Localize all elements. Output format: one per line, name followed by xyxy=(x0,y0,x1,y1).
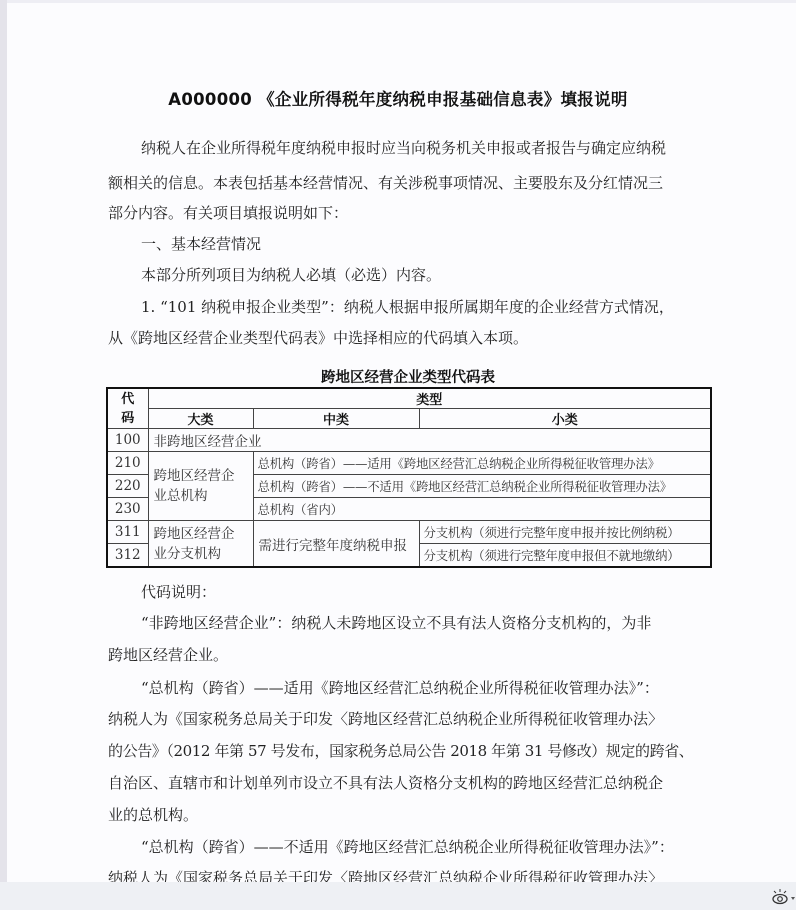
code-cell: 311 xyxy=(107,521,148,544)
explain2-line-2: 纳税人为《国家税务总局关于印发〈跨地区经营汇总纳税企业所得税征收管理办法〉 xyxy=(108,712,708,727)
header-major: 大类 xyxy=(148,409,253,429)
document-title: A000000 《企业所得税年度纳税申报基础信息表》填报说明 xyxy=(0,86,796,110)
table-row: 100 非跨地区经营企业 xyxy=(107,429,711,452)
intro-line-3: 部分内容。有关项目填报说明如下： xyxy=(108,206,708,221)
item1-line-2: 从《跨地区经营企业类型代码表》中选择相应的代码填入本项。 xyxy=(108,331,708,346)
explain2-line-1: “总机构（跨省）——适用《跨地区经营汇总纳税企业所得税征收管理办法》”： xyxy=(141,681,741,696)
viewer-left-margin xyxy=(0,0,7,882)
code-explain-heading: 代码说明： xyxy=(141,585,741,600)
explain2-line-4: 自治区、直辖市和计划单列市设立不具有法人资格分支机构的跨地区经营汇总纳税企 xyxy=(108,776,708,791)
header-code: 代码 xyxy=(107,388,148,429)
table-row: 210 跨地区经营企业总机构 总机构（跨省）——适用《跨地区经营汇总纳税企业所得… xyxy=(107,452,711,475)
code-cell: 230 xyxy=(107,498,148,521)
middle-cell: 需进行完整年度纳税申报 xyxy=(253,521,419,568)
explain1-line-2: 跨地区经营企业。 xyxy=(108,648,708,663)
explain3-line-1: “总机构（跨省）——不适用《跨地区经营汇总纳税企业所得税征收管理办法》”： xyxy=(141,840,741,855)
code-cell: 220 xyxy=(107,475,148,498)
code-table: 代码 类型 大类 中类 小类 100 非跨地区经营企业 210 跨地区经营企业总… xyxy=(106,387,712,568)
table-header-row: 代码 类型 xyxy=(107,388,711,409)
table-subheader-row: 大类 中类 小类 xyxy=(107,409,711,429)
minor-cell: 分支机构（须进行完整年度申报并按比例纳税） xyxy=(419,521,711,544)
section-note: 本部分所列项目为纳税人必填（必选）内容。 xyxy=(141,268,741,283)
item1-line-1: 1. “101 纳税申报企业类型”：纳税人根据申报所属期年度的企业经营方式情况， xyxy=(141,300,741,315)
major-cell: 非跨地区经营企业 xyxy=(148,429,711,452)
code-cell: 312 xyxy=(107,544,148,568)
section-heading-basic: 一、基本经营情况 xyxy=(141,237,741,252)
explain2-line-5: 业的总机构。 xyxy=(108,808,708,823)
viewer-bottom-bar xyxy=(0,882,796,910)
middle-cell: 总机构（省内） xyxy=(253,498,711,521)
header-minor: 小类 xyxy=(419,409,711,429)
header-middle: 中类 xyxy=(253,409,419,429)
middle-cell: 总机构（跨省）——不适用《跨地区经营汇总纳税企业所得税征收管理办法》 xyxy=(253,475,711,498)
header-type: 类型 xyxy=(148,388,711,409)
table-caption: 跨地区经营企业类型代码表 xyxy=(106,366,710,387)
explain1-line-1: “非跨地区经营企业”：纳税人未跨地区设立不具有法人资格分支机构的，为非 xyxy=(141,616,741,631)
explain2-line-3: 的公告》（2012 年第 57 号发布，国家税务总局公告 2018 年第 31 … xyxy=(108,744,708,759)
code-cell: 100 xyxy=(107,429,148,452)
header-code-label: 代码 xyxy=(121,390,135,428)
minor-cell: 分支机构（须进行完整年度申报但不就地缴纳） xyxy=(419,544,711,568)
major-cell: 跨地区经营企业分支机构 xyxy=(148,521,253,568)
middle-cell: 总机构（跨省）——适用《跨地区经营汇总纳税企业所得税征收管理办法》 xyxy=(253,452,711,475)
intro-line-1: 纳税人在企业所得税年度纳税申报时应当向税务机关申报或者报告与确定应纳税 xyxy=(141,141,741,156)
major-cell: 跨地区经营企业总机构 xyxy=(148,452,253,521)
intro-line-2: 额相关的信息。本表包括基本经营情况、有关涉税事项情况、主要股东及分红情况三 xyxy=(108,176,708,191)
table-row: 311 跨地区经营企业分支机构 需进行完整年度纳税申报 分支机构（须进行完整年度… xyxy=(107,521,711,544)
eye-icon[interactable] xyxy=(770,888,796,906)
code-cell: 210 xyxy=(107,452,148,475)
